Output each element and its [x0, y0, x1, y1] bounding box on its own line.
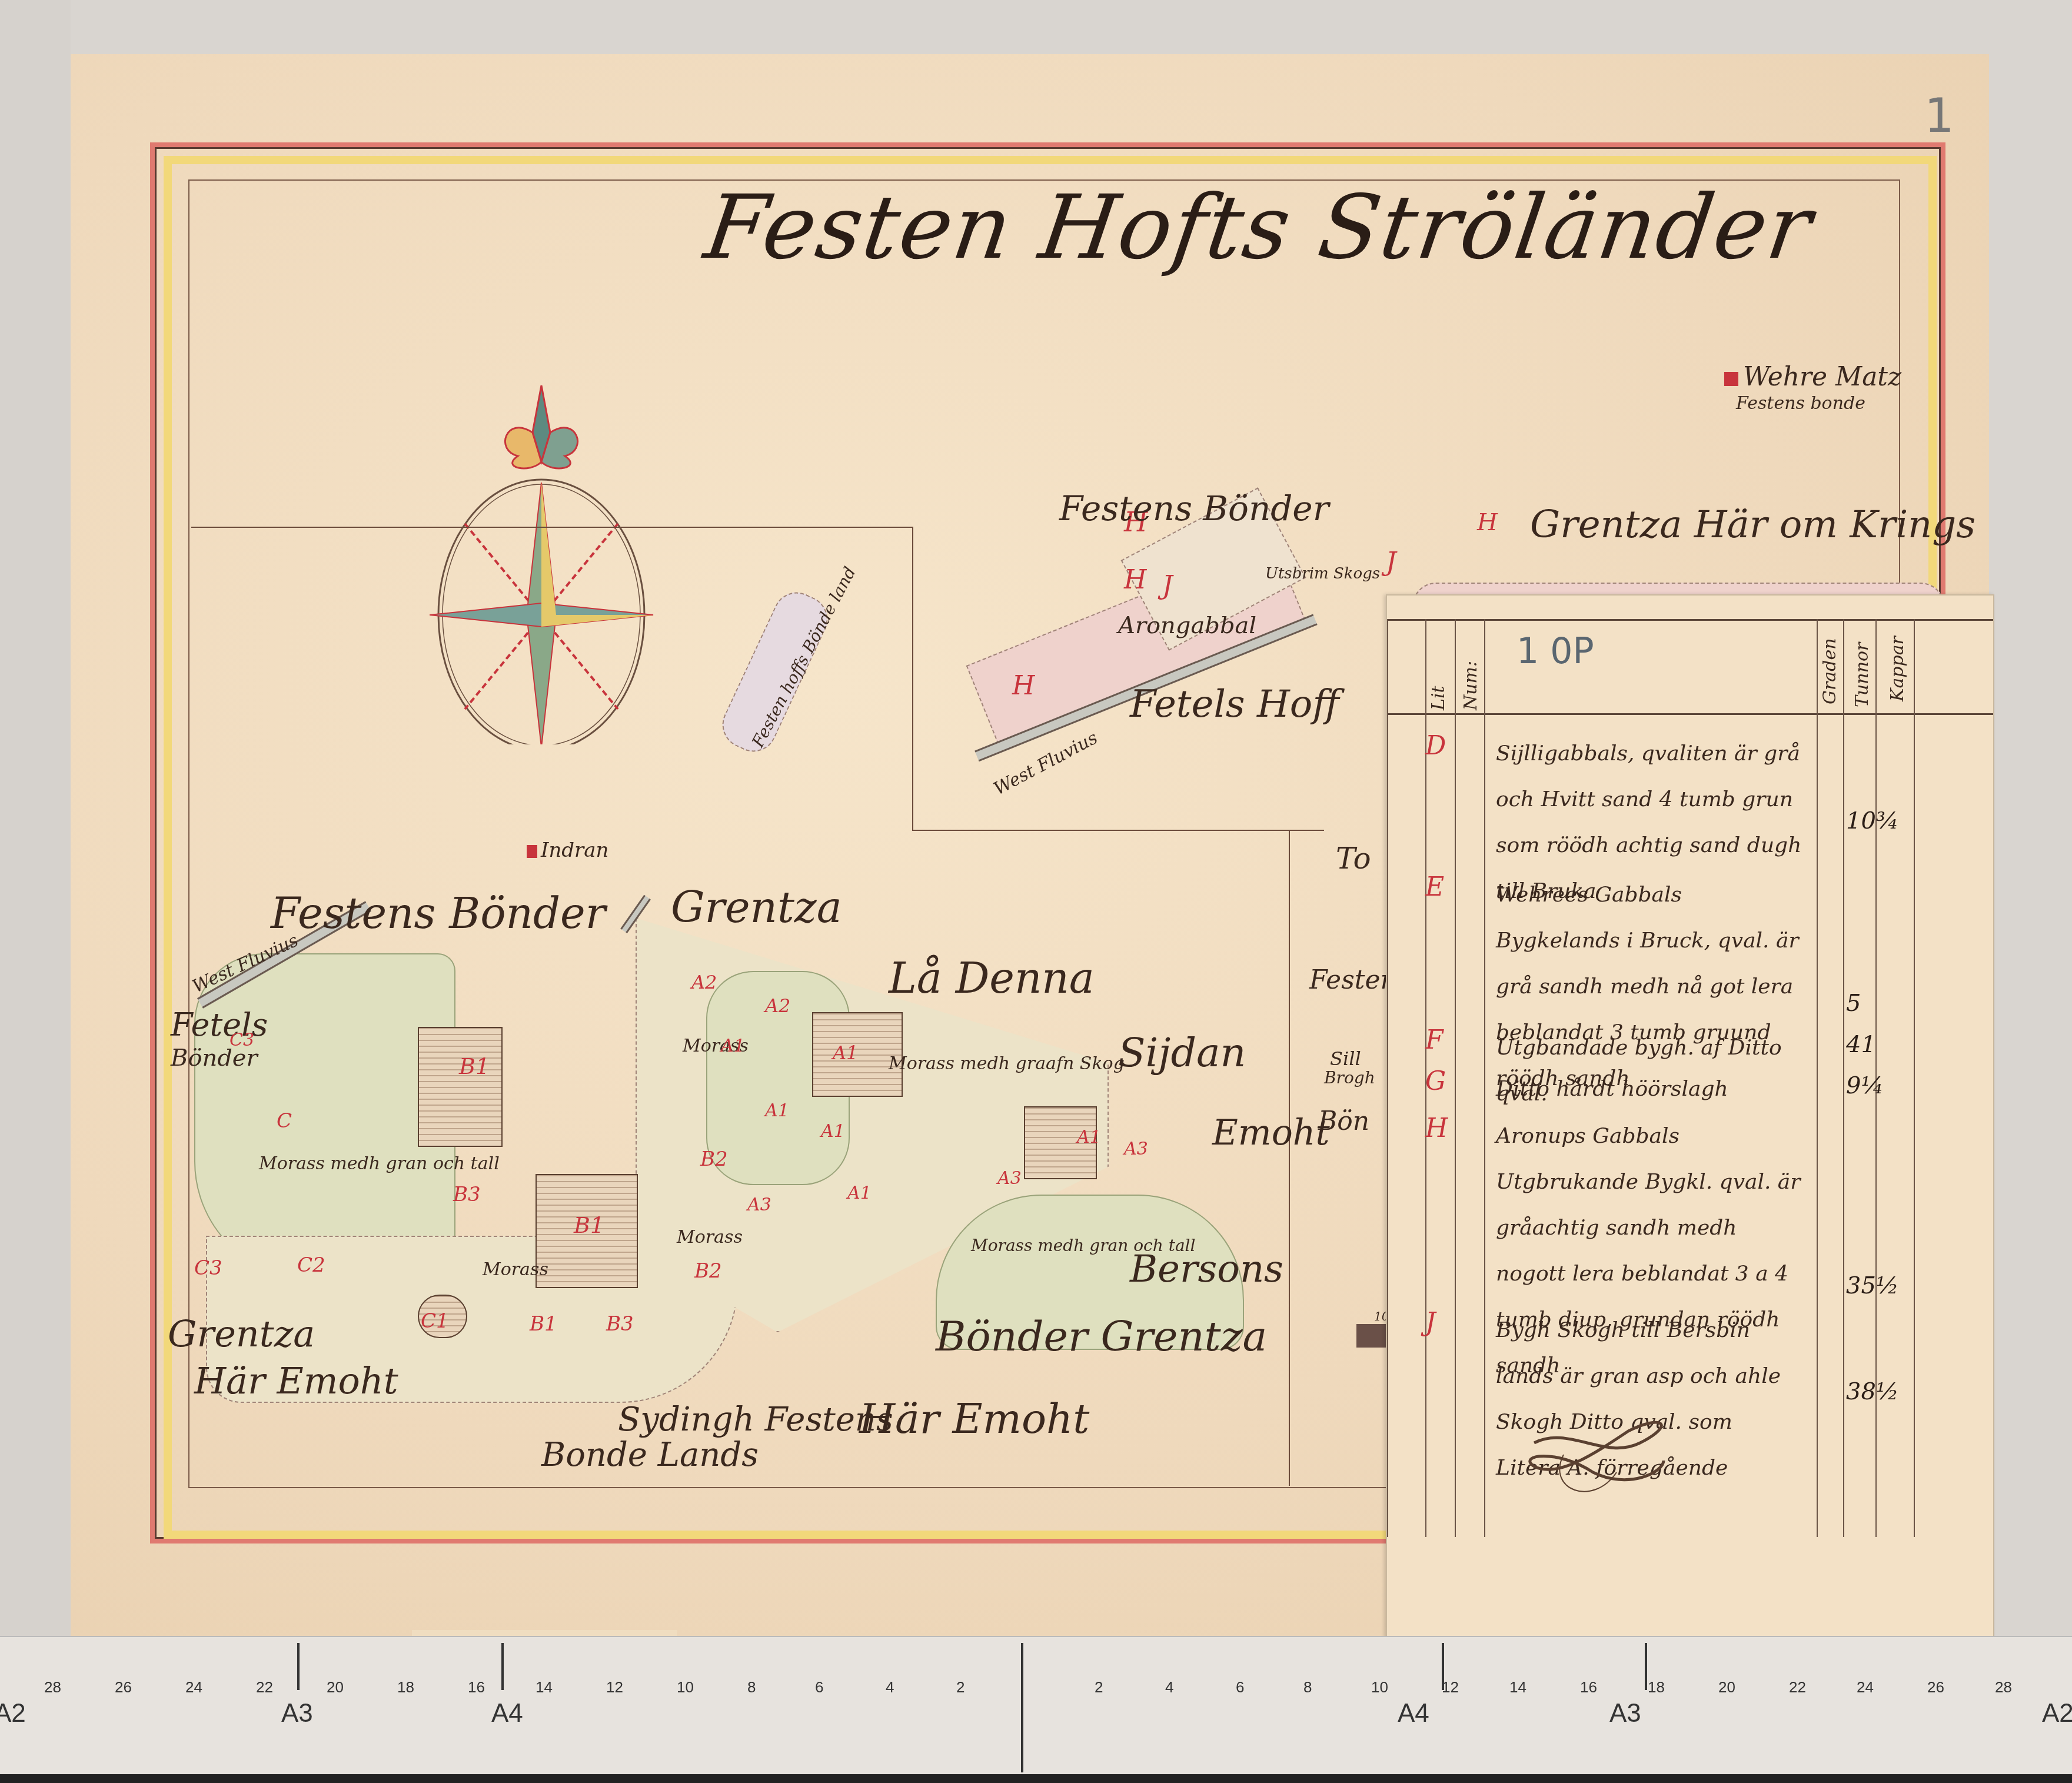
table-top-rule [1387, 619, 1993, 621]
label-la-denna: Lå Denna [889, 953, 1095, 1003]
partial-label: To [1336, 841, 1371, 876]
row-letter: E [1425, 872, 1444, 902]
archive-mark: 1 0P [1516, 631, 1594, 672]
plot-letter: A3 [997, 1168, 1022, 1189]
ruler-number: 10 [1371, 1678, 1388, 1696]
plot-letter: A1 [821, 1121, 845, 1142]
ruler-number: 22 [1789, 1678, 1806, 1696]
map-title: Festen Hofts Ströländer [699, 177, 1819, 279]
calligraphic-flourish-icon [1522, 1419, 1675, 1525]
row-letter: G [1425, 1066, 1446, 1096]
ruler-number: 14 [536, 1678, 553, 1696]
plot-letter: A3 [747, 1195, 771, 1215]
plot-letter: J [1162, 571, 1173, 601]
label-festens-bonder-upper: Festens Bönder [1059, 488, 1329, 528]
ruler-number: 12 [606, 1678, 623, 1696]
label-grentza-top: Grentza [671, 883, 842, 932]
church-icon [527, 845, 537, 858]
table-sheet: 1 0P Lit Num: Graden Tunnor Kappar D Sij… [1386, 594, 1994, 1638]
plot-letter: J [1386, 547, 1396, 577]
header-num: Num: [1461, 661, 1481, 710]
ruler-number: 18 [397, 1678, 414, 1696]
ruler-number: 18 [1648, 1678, 1665, 1696]
ruler-paper-size: A4 [1398, 1699, 1429, 1728]
ruler-tick-major [1645, 1643, 1647, 1690]
village-name: Indran [541, 839, 609, 862]
partial-label: Festen [1309, 965, 1397, 995]
table-row: D Sijlligabbals, qvaliten är grå och Hvi… [1387, 731, 1993, 872]
row-value: 9¼ [1846, 1072, 1884, 1099]
plot-letter: H [1124, 565, 1146, 595]
label-morass-gran-och-fall: Morass medh gran och tall [971, 1236, 1196, 1255]
ruler-number: 20 [1718, 1678, 1735, 1696]
table-row: E Wehrees Gabbals Bygkelands i Bruck, qv… [1387, 872, 1993, 1025]
label-morass-med-gran: Morass medh gran och tall [259, 1153, 500, 1174]
plot-letter: A1 [847, 1183, 872, 1203]
plot-letter: A2 [691, 971, 717, 993]
label-fetels-hoff: Fetels Hoff [1130, 683, 1339, 726]
row-value: 41 [1846, 1031, 1876, 1058]
upper-map-bottom-line [912, 830, 1324, 832]
row-value: 5 [1846, 990, 1861, 1017]
ruler-number: 8 [747, 1678, 756, 1696]
ruler-number: 8 [1303, 1678, 1312, 1696]
label-arongabbal: Arongabbal [1118, 612, 1256, 639]
ruler-number: 26 [115, 1678, 132, 1696]
table-row: H Aronups Gabbals Utgbrukande Bygkl. qva… [1387, 1113, 1993, 1308]
header-graden: Graden [1820, 638, 1840, 704]
row-text: Ditto hårdt höörslagh [1496, 1066, 1802, 1112]
partial-label: Brogh [1324, 1068, 1375, 1087]
plot-letter: A1 [833, 1042, 858, 1064]
ruler-paper-size: A2 [2042, 1699, 2072, 1728]
ruler-number: 22 [256, 1678, 273, 1696]
ruler-number: 28 [1995, 1678, 2012, 1696]
ruler-number: 12 [1442, 1678, 1459, 1696]
ruler-tick-major [1442, 1643, 1444, 1690]
label-morass-med-graaf: Morass medh graafn Skog [889, 1053, 1125, 1074]
label-sydingh-festens: Sydingh Festens [618, 1401, 893, 1439]
table-row: F Utgbandade bygh. af Ditto qval. 41 [1387, 1025, 1993, 1066]
label-utsbrim-skog: Utsbrim Skogs [1265, 565, 1380, 583]
partial-label: Bön [1318, 1106, 1369, 1136]
ruler-number: 26 [1927, 1678, 1944, 1696]
partial-label: Sill [1330, 1047, 1361, 1070]
ruler-paper-size: A4 [491, 1699, 523, 1728]
ruler-tick-major [501, 1643, 504, 1690]
plot-letter: B2 [694, 1259, 722, 1283]
plot-letter: H [1012, 671, 1035, 701]
plot-letter: A1 [721, 1036, 745, 1056]
label-har-emoht-bottom: Här Emoht [859, 1395, 1089, 1443]
row-value: 38½ [1846, 1378, 1899, 1405]
row-value: 35½ [1846, 1272, 1899, 1299]
header-kappar: Kappar [1887, 636, 1908, 701]
plot-letter: C2 [297, 1253, 325, 1277]
ruler-number: 2 [1095, 1678, 1103, 1696]
ruler-number: 16 [1580, 1678, 1597, 1696]
header-lit: Lit [1428, 686, 1449, 710]
ruler-number: 28 [44, 1678, 61, 1696]
label-bonder-grentza: Bönder Grentza [936, 1312, 1267, 1360]
row-value: 10¾ [1846, 807, 1899, 834]
table-row: G Ditto hårdt höörslagh 9¼ [1387, 1066, 1993, 1107]
farm-label: Wehre Matz [1724, 362, 1901, 392]
page-number: 1 [1924, 88, 1954, 143]
table-row: J Bygh Skogh till Bersbin lands är gran … [1387, 1308, 1993, 1449]
ruler-edge [0, 1774, 2072, 1783]
label-grentza-left: Grentza [168, 1312, 315, 1355]
label-emoht-right: Emoht [1212, 1112, 1330, 1153]
ruler-number: 24 [185, 1678, 202, 1696]
ruler-paper-size: A2 [0, 1699, 26, 1728]
marsh-area-left [194, 953, 455, 1279]
plot-letter: C1 [421, 1309, 449, 1333]
plot-letter: A1 [765, 1100, 789, 1121]
row-letter: H [1425, 1113, 1448, 1143]
plot-letter: B1 [459, 1053, 490, 1079]
upper-map-divider [912, 527, 913, 830]
measurement-ruler: 28 26 24 22 20 18 16 14 12 10 8 6 4 2 2 … [0, 1636, 2072, 1783]
field-b1 [418, 1027, 503, 1147]
label-har-emoht-left: Här Emoht [194, 1359, 398, 1402]
scanner-background-left [0, 0, 71, 1636]
ruler-tick-major [297, 1643, 300, 1690]
scanner-background-right [1989, 0, 2072, 1636]
scale-bar [1356, 1324, 1386, 1348]
plot-letter: B3 [606, 1312, 634, 1336]
row-letter: J [1425, 1308, 1436, 1338]
inset-frame-left [191, 527, 913, 831]
label-festens-bonder-lower: Festens Bönder [271, 889, 606, 938]
ruler-number: 16 [468, 1678, 485, 1696]
ruler-number: 20 [327, 1678, 344, 1696]
farm-sublabel: Festens bonde [1736, 393, 1865, 414]
ruler-center-line [1021, 1643, 1023, 1772]
ruler-number: 2 [956, 1678, 965, 1696]
plot-letter: C3 [230, 1030, 254, 1050]
label-morass: Morass [483, 1259, 548, 1280]
ruler-number: 14 [1509, 1678, 1526, 1696]
ruler-number: 10 [677, 1678, 694, 1696]
house-icon [1724, 372, 1738, 386]
row-letter: D [1425, 731, 1446, 761]
ruler-paper-size: A3 [1609, 1699, 1641, 1728]
plot-letter: A1 [1077, 1127, 1101, 1147]
row-letter: F [1425, 1025, 1444, 1055]
plot-letter: B1 [530, 1312, 557, 1336]
ruler-number: 4 [1165, 1678, 1173, 1696]
plot-letter: C [277, 1109, 292, 1133]
ruler-number: 6 [1236, 1678, 1244, 1696]
farm-name: Wehre Matz [1743, 362, 1901, 392]
plot-letter: C3 [194, 1256, 222, 1280]
plot-letter: H [1477, 509, 1498, 536]
plot-letter: A2 [765, 994, 790, 1017]
label-grentza-har-om-krings: Grentza Här om Krings [1530, 503, 1975, 547]
plot-letter: A3 [1124, 1139, 1148, 1159]
label-morass: Morass [677, 1227, 743, 1248]
scanner-background-top [0, 0, 2072, 56]
ruler-number: 24 [1857, 1678, 1874, 1696]
table-header-rule [1387, 713, 1993, 715]
ruler-number: 4 [886, 1678, 894, 1696]
plot-letter: B3 [453, 1183, 481, 1206]
label-bonde-lands: Bonde Lands [541, 1436, 759, 1474]
ruler-number: 6 [815, 1678, 823, 1696]
village-label: Indran [527, 839, 609, 862]
label-sijdan: Sijdan [1118, 1030, 1246, 1076]
lower-map-divider [1289, 830, 1291, 1486]
ruler-paper-size: A3 [281, 1699, 313, 1728]
plot-letter: B1 [574, 1212, 604, 1238]
plot-letter: B2 [700, 1147, 728, 1171]
header-tunnor: Tunnor [1852, 643, 1873, 707]
